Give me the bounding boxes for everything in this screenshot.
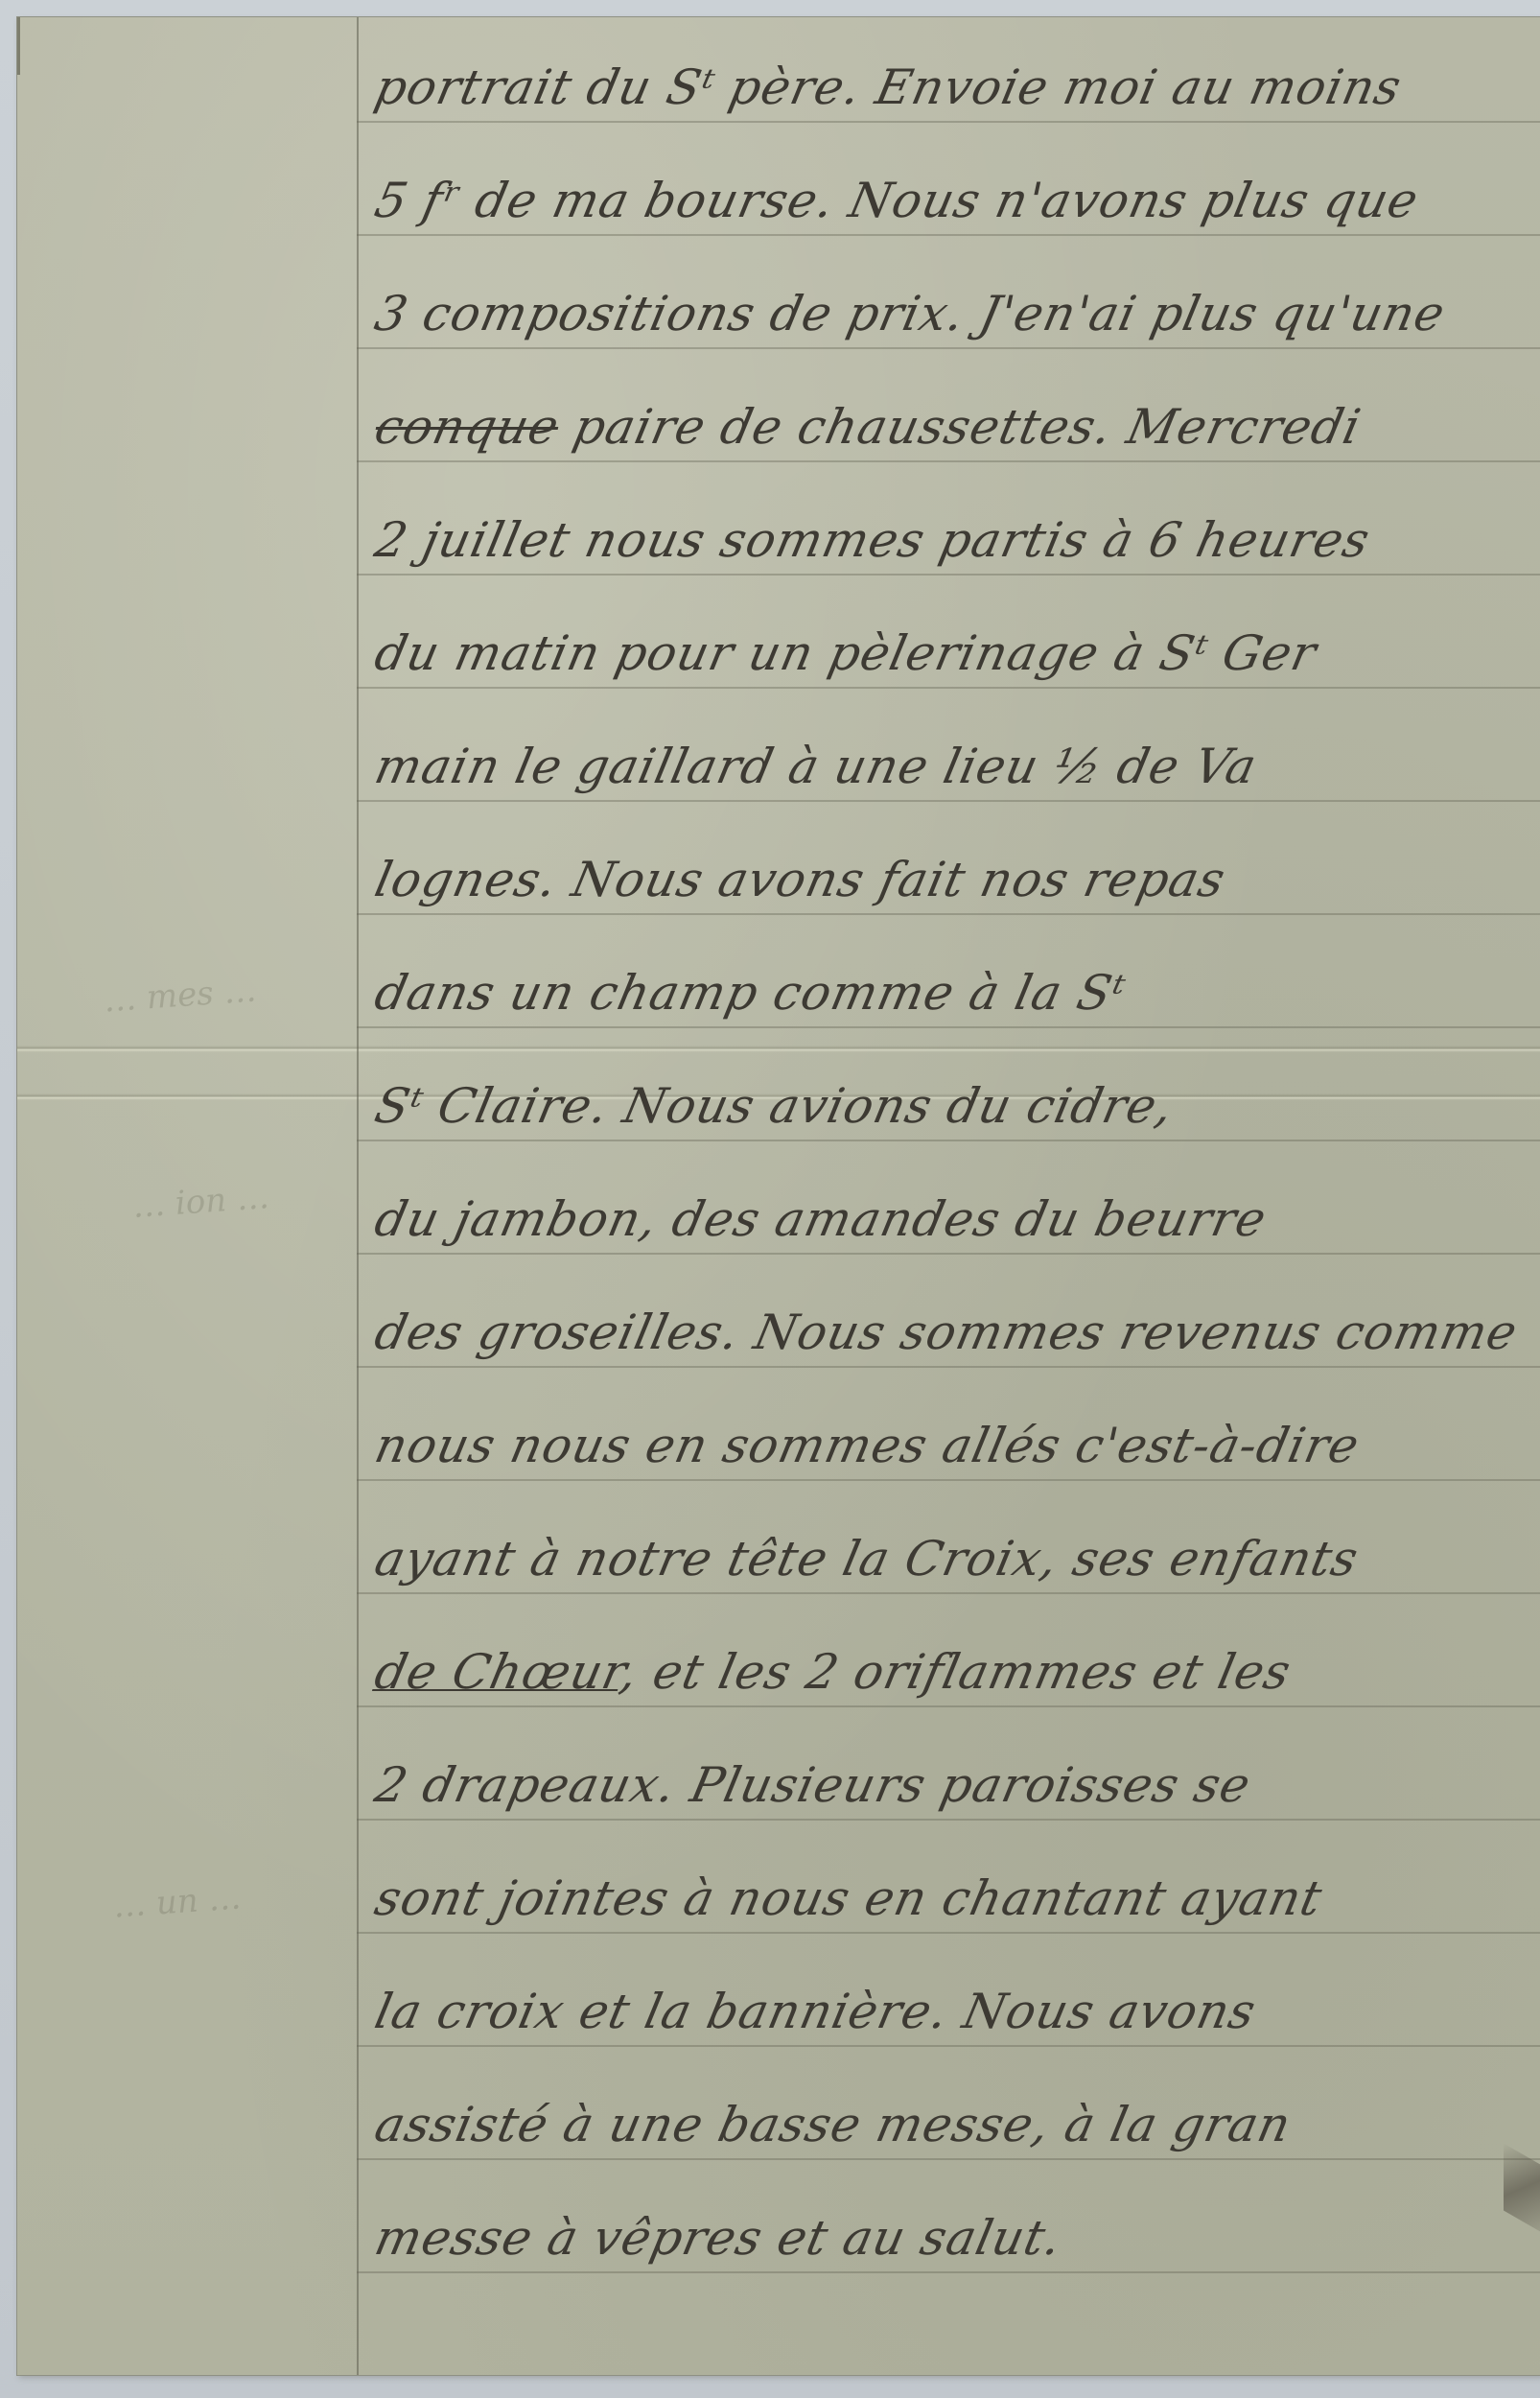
ruled-line: dans un champ comme à la Sᵗ <box>357 915 1540 1028</box>
ruled-line: messe à vêpres et au salut. <box>357 2160 1540 2273</box>
handwritten-line: lognes. Nous avons fait nos repas <box>370 852 1540 907</box>
ruled-line: du matin pour un pèlerinage à Sᵗ Ger <box>357 576 1540 689</box>
underlined-phrase: de Chœur <box>370 1644 627 1700</box>
ruled-line: la croix et la bannière. Nous avons <box>357 1934 1540 2047</box>
letter-page: … mes … … ion … … un … portrait du Sᵗ pè… <box>17 17 1540 2375</box>
ruled-line: conque paire de chaussettes. Mercredi <box>357 349 1540 462</box>
ruled-line: 2 drapeaux. Plusieurs paroisses se <box>357 1707 1540 1821</box>
handwritten-line: assisté à une basse messe, à la gran <box>370 2097 1540 2152</box>
ruled-line: lognes. Nous avons fait nos repas <box>357 802 1540 915</box>
handwritten-line: ayant à notre tête la Croix, ses enfants <box>370 1531 1540 1587</box>
ruled-line: main le gaillard à une lieu ½ de Va <box>357 689 1540 802</box>
handwritten-line: 2 drapeaux. Plusieurs paroisses se <box>370 1757 1540 1813</box>
bleed-through-text: … un … <box>112 1878 243 1925</box>
handwritten-line: sont jointes à nous en chantant ayant <box>370 1870 1540 1926</box>
handwritten-line: du matin pour un pèlerinage à Sᵗ Ger <box>370 625 1540 681</box>
ruled-line: de Chœur, et les 2 oriflammes et les <box>357 1594 1540 1707</box>
handwritten-line: de Chœur, et les 2 oriflammes et les <box>370 1644 1540 1700</box>
handwritten-line: main le gaillard à une lieu ½ de Va <box>370 739 1540 794</box>
ruled-line: du jambon, des amandes du beurre <box>357 1141 1540 1255</box>
bleed-through-text: … ion … <box>131 1178 270 1226</box>
handwritten-line: 2 juillet nous sommes partis à 6 heures <box>370 512 1540 568</box>
ruled-line: ayant à notre tête la Croix, ses enfants <box>357 1481 1540 1594</box>
handwritten-line: messe à vêpres et au salut. <box>370 2210 1540 2266</box>
ruled-line: nous nous en sommes allés c'est-à-dire <box>357 1368 1540 1481</box>
handwritten-line: nous nous en sommes allés c'est-à-dire <box>370 1418 1540 1473</box>
line-text: , et les 2 oriflammes et les <box>616 1644 1296 1700</box>
handwritten-line: Sᵗ Claire. Nous avions du cidre, <box>370 1078 1540 1134</box>
bleed-through-text: … mes … <box>103 971 258 1020</box>
ruled-line: 5 fʳ de ma bourse. Nous n'avons plus que <box>357 123 1540 236</box>
struck-word: conque <box>370 399 564 455</box>
ruled-line: 3 compositions de prix. J'en'ai plus qu'… <box>357 236 1540 349</box>
handwritten-line: la croix et la bannière. Nous avons <box>370 1984 1540 2039</box>
handwritten-line: des groseilles. Nous sommes revenus comm… <box>370 1305 1540 1360</box>
handwritten-line: conque paire de chaussettes. Mercredi <box>370 399 1540 455</box>
page-edge-mark <box>17 17 20 75</box>
handwritten-line: 3 compositions de prix. J'en'ai plus qu'… <box>370 286 1540 341</box>
handwritten-line: 5 fʳ de ma bourse. Nous n'avons plus que <box>370 173 1540 228</box>
ruled-line: 2 juillet nous sommes partis à 6 heures <box>357 462 1540 576</box>
ruled-line: portrait du Sᵗ père. Envoie moi au moins <box>357 10 1540 123</box>
handwritten-line: du jambon, des amandes du beurre <box>370 1191 1540 1247</box>
handwritten-line: portrait du Sᵗ père. Envoie moi au moins <box>370 59 1540 115</box>
handwritten-line: dans un champ comme à la Sᵗ <box>370 965 1540 1021</box>
ruled-line: des groseilles. Nous sommes revenus comm… <box>357 1255 1540 1368</box>
ruled-line: assisté à une basse messe, à la gran <box>357 2047 1540 2160</box>
ruled-line: sont jointes à nous en chantant ayant <box>357 1821 1540 1934</box>
ruled-line: Sᵗ Claire. Nous avions du cidre, <box>357 1028 1540 1141</box>
line-text: paire de chaussettes. Mercredi <box>552 399 1365 455</box>
